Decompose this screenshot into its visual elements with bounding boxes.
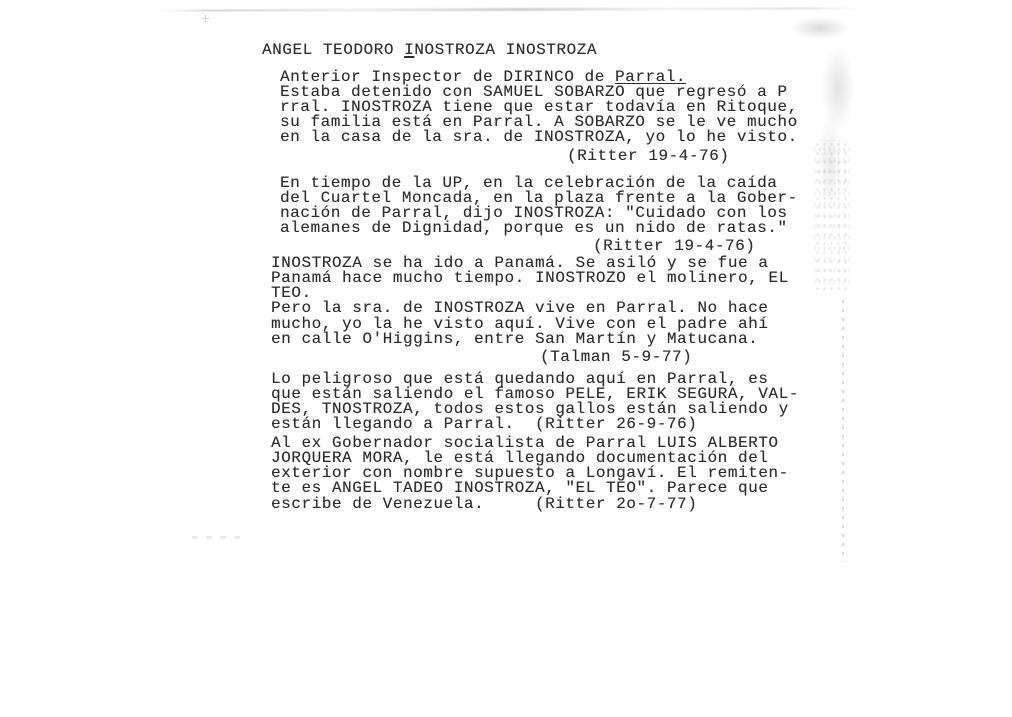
title-text: ANGEL TEODORO [262,41,404,59]
source-attribution: (Ritter 19-4-76) [262,239,902,254]
text-line: en calle O'Higgins, entre San Martín y M… [262,332,902,347]
document-text: ANGEL TEODORO INOSTROZA INOSTROZA Anteri… [262,43,902,512]
paragraph-3: INOSTROZA se ha ido a Panamá. Se asiló y… [262,256,902,301]
scan-edge-streak [150,7,866,12]
source-attribution: (Ritter 19-4-76) [262,149,902,164]
text-line: Panamá hace mucho tiempo. INOSTROZO el m… [262,271,902,286]
scan-plus-mark [202,15,209,22]
source-attribution: (Talman 5-9-77) [262,350,902,365]
paragraph-4: Pero la sra. de INOSTROZA vive en Parral… [262,301,902,364]
paragraph-6: Al ex Gobernador socialista de Parral LU… [262,436,902,511]
paragraph-5: Lo peligroso que está quedando aquí en P… [262,372,902,432]
text-line-with-attribution: están llegando a Parral. (Ritter 26-9-76… [262,417,902,432]
text-line: alemanes de Dignidad, porque es un nido … [262,221,902,236]
paragraph-2: En tiempo de la UP, en la celebración de… [262,176,902,254]
text-line-with-attribution: escribe de Venezuela. (Ritter 2o-7-77) [262,497,902,512]
text-line: en la casa de la sra. de INOSTROZA, yo l… [262,130,902,145]
document-title: ANGEL TEODORO INOSTROZA INOSTROZA [262,43,902,58]
scanned-document-page: ANGEL TEODORO INOSTROZA INOSTROZA Anteri… [0,0,1012,717]
title-underlined-letter: I [404,41,414,59]
paragraph-1: Anterior Inspector de DIRINCO de Parral.… [262,70,902,164]
scan-faint-marks [192,536,248,539]
title-text: NOSTROZA INOSTROZA [414,41,597,59]
